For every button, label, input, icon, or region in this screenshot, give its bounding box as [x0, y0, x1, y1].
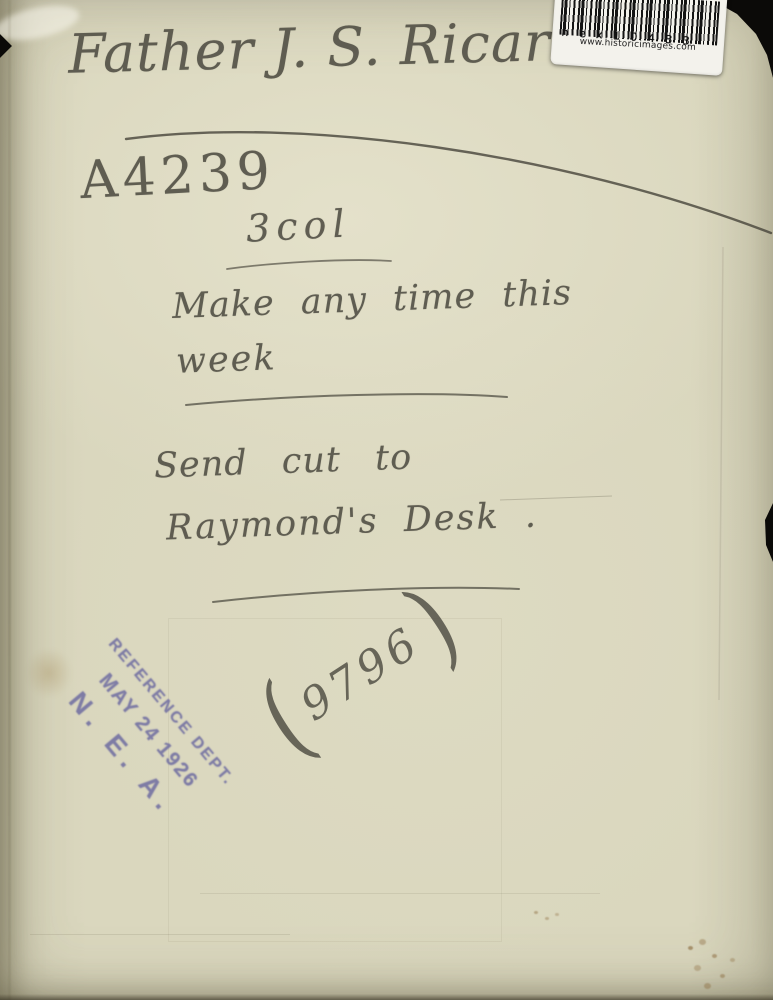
handwritten-column-note: 3col	[245, 201, 352, 250]
horizontal-crease	[30, 934, 290, 935]
handwritten-catalog-number: A4239	[79, 141, 277, 211]
barcode-sticker: nex10433 www.historicimages.com	[550, 0, 727, 76]
photo-backdrop: { "handwriting": { "name_line": "Father …	[0, 0, 773, 1000]
left-edge-crease	[8, 0, 11, 1000]
negative-number-digits: 9796	[288, 611, 430, 731]
bottom-edge-shadow	[0, 994, 773, 1000]
handwritten-note-line2: week	[175, 338, 277, 381]
horizontal-crease	[200, 893, 600, 894]
stain-mark	[26, 648, 72, 698]
stain-speckles	[534, 911, 538, 914]
stain-speckles	[688, 946, 693, 950]
